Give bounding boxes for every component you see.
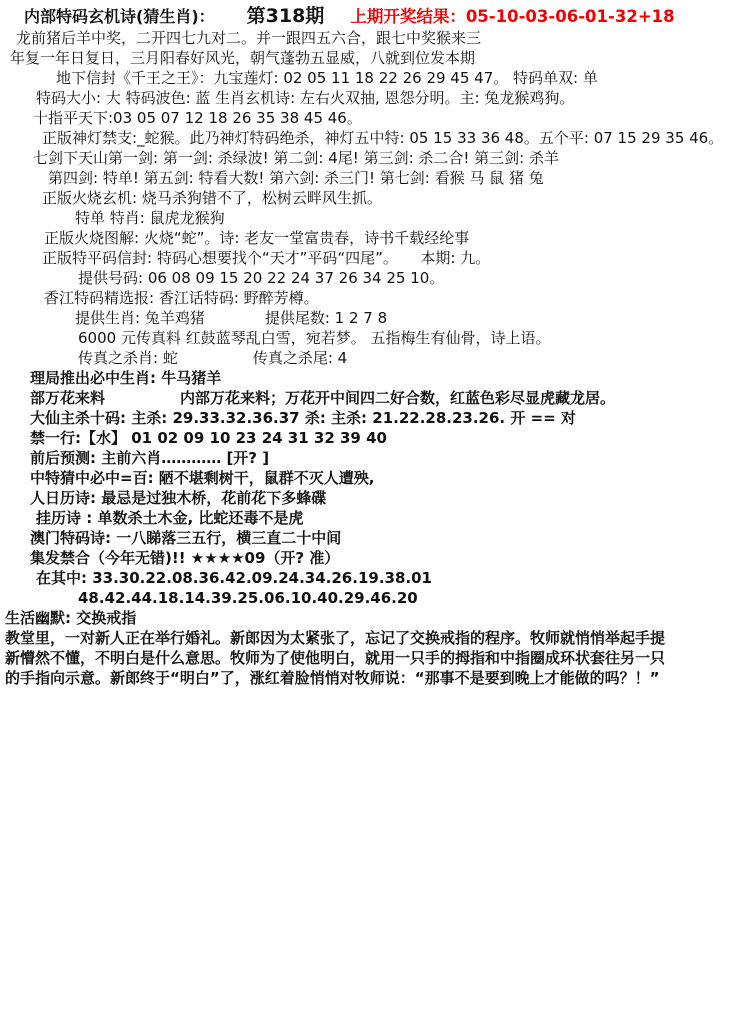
bureau-zodiac-line: 理局推出必中生肖: 牛马猪羊 xyxy=(0,368,729,388)
size-wave-line: 特码大小: 大 特码波色: 蓝 生肖玄机诗: 左右火双抽, 恩怨分明。主: 兔龙… xyxy=(0,88,729,108)
flat-envelope-line: 正版特平码信封: 特码心想要找个“天才”平码“四尾”。 本期: 九。 xyxy=(0,248,729,268)
fire-diagram-line: 正版火烧图解: 火烧“蛇”。诗: 老友一堂富贵春，诗书千载经纶事 xyxy=(0,228,729,248)
issue-number: 第318期 xyxy=(247,4,325,28)
daxian-kill-line: 大仙主杀十码: 主杀: 29.33.32.36.37 杀: 主杀: 21.22.… xyxy=(0,408,729,428)
header-row: 内部特码玄机诗(猜生肖)： 第318期 上期开奖结果：05-10-03-06-0… xyxy=(0,4,729,28)
among-numbers-line-2: 48.42.44.18.14.39.25.06.10.40.29.46.20 xyxy=(0,588,729,608)
humor-paragraph-2: 新懵然不懂，不明白是什么意思。牧师为了使他明白，就用一只手的拇指和中指圈成环状套… xyxy=(0,648,729,668)
wanhua-line: 部万花来料 内部万花来料；万花开中间四二好合数，红蓝色彩尽显虎藏龙居。 xyxy=(0,388,729,408)
fax-material-line: 6000 元传真料 红鼓蓝琴乱白雪，宛若梦。 五指梅生有仙骨，诗上语。 xyxy=(0,328,729,348)
hk-report-line: 香江特码精选报: 香江话特码: 野醉芳樽。 xyxy=(0,288,729,308)
fire-mystery-line: 正版火烧玄机: 烧马杀狗错不了，松树云畔风生抓。 xyxy=(0,188,729,208)
humor-paragraph-1: 教堂里，一对新人正在举行婚礼。新郎因为太紧张了，忘记了交换戒指的程序。牧师就悄悄… xyxy=(0,628,729,648)
zodiac-poem-line-1: 龙前猪后羊中奖，二开四七九对二。并一跟四五六合，跟七中奖猴来三 xyxy=(0,28,729,48)
seven-swords-line-1: 七剑下天山第一剑: 第一剑: 杀绿波! 第二剑: 4尾! 第三剑: 杀二合! 第… xyxy=(0,148,729,168)
last-draw-result-numbers: 05-10-03-06-01-32+18 xyxy=(466,7,675,26)
forecast-line: 前后预测: 主前六肖………… [开? ] xyxy=(0,448,729,468)
humor-title: 生活幽默: 交换戒指 xyxy=(0,608,729,628)
ban-row-line: 禁一行:【水】 01 02 09 10 23 24 31 32 39 40 xyxy=(0,428,729,448)
fire-special-line: 特单 特肖: 鼠虎龙猴狗 xyxy=(0,208,729,228)
macau-poem-line: 澳门特码诗: 一八睇落三五行，横三直二十中间 xyxy=(0,528,729,548)
seven-swords-line-2: 第四剑: 特单! 第五剑: 特看大数! 第六剑: 杀三门! 第七剑: 看猴 马 … xyxy=(0,168,729,188)
provided-numbers-line: 提供号码: 06 08 09 15 20 22 24 37 26 34 25 1… xyxy=(0,268,729,288)
among-numbers-line-1: 在其中: 33.30.22.08.36.42.09.24.34.26.19.38… xyxy=(0,568,729,588)
lottery-tip-sheet: 内部特码玄机诗(猜生肖)： 第318期 上期开奖结果：05-10-03-06-0… xyxy=(0,0,729,1026)
wall-poem-line: 挂历诗 : 单数杀土木金, 比蛇还毒不是虎 xyxy=(0,508,729,528)
underground-envelope-line: 地下信封《千王之王》：九宝莲灯: 02 05 11 18 22 26 29 45… xyxy=(0,68,729,88)
page-title: 内部特码玄机诗(猜生肖)： xyxy=(24,5,215,29)
jifa-line: 集发禁合（今年无错)!! ★★★★09（开? 准） xyxy=(0,548,729,568)
calendar-poem-line: 人日历诗: 最忌是过独木桥，花前花下多蜂碟 xyxy=(0,488,729,508)
humor-paragraph-3: 的手指向示意。新郎终于“明白”了，涨红着脸悄悄对牧师说：“那事不是要到晚上才能做… xyxy=(0,668,729,688)
fax-kill-line: 传真之杀肖: 蛇 传真之杀尾: 4 xyxy=(0,348,729,368)
mid-special-line: 中特猜中必中=百: 陋不堪剩树干，鼠群不灭人遭殃, xyxy=(0,468,729,488)
last-draw-result: 上期开奖结果：05-10-03-06-01-32+18 xyxy=(350,5,674,29)
last-draw-result-label: 上期开奖结果： xyxy=(350,7,466,26)
magic-lamp-line: 正版神灯禁支:_蛇猴。此乃神灯特码绝杀，神灯五中特: 05 15 33 36 4… xyxy=(0,128,729,148)
zodiac-poem-line-2: 年复一年日复日，三月阳春好风光，朝气蓬勃五显威，八就到位发本期 xyxy=(0,48,729,68)
provided-zodiac-line: 提供生肖: 兔羊鸡猪 提供尾数: 1 2 7 8 xyxy=(0,308,729,328)
ten-fingers-line: 十指平天下:03 05 07 12 18 26 35 38 45 46。 xyxy=(0,108,729,128)
